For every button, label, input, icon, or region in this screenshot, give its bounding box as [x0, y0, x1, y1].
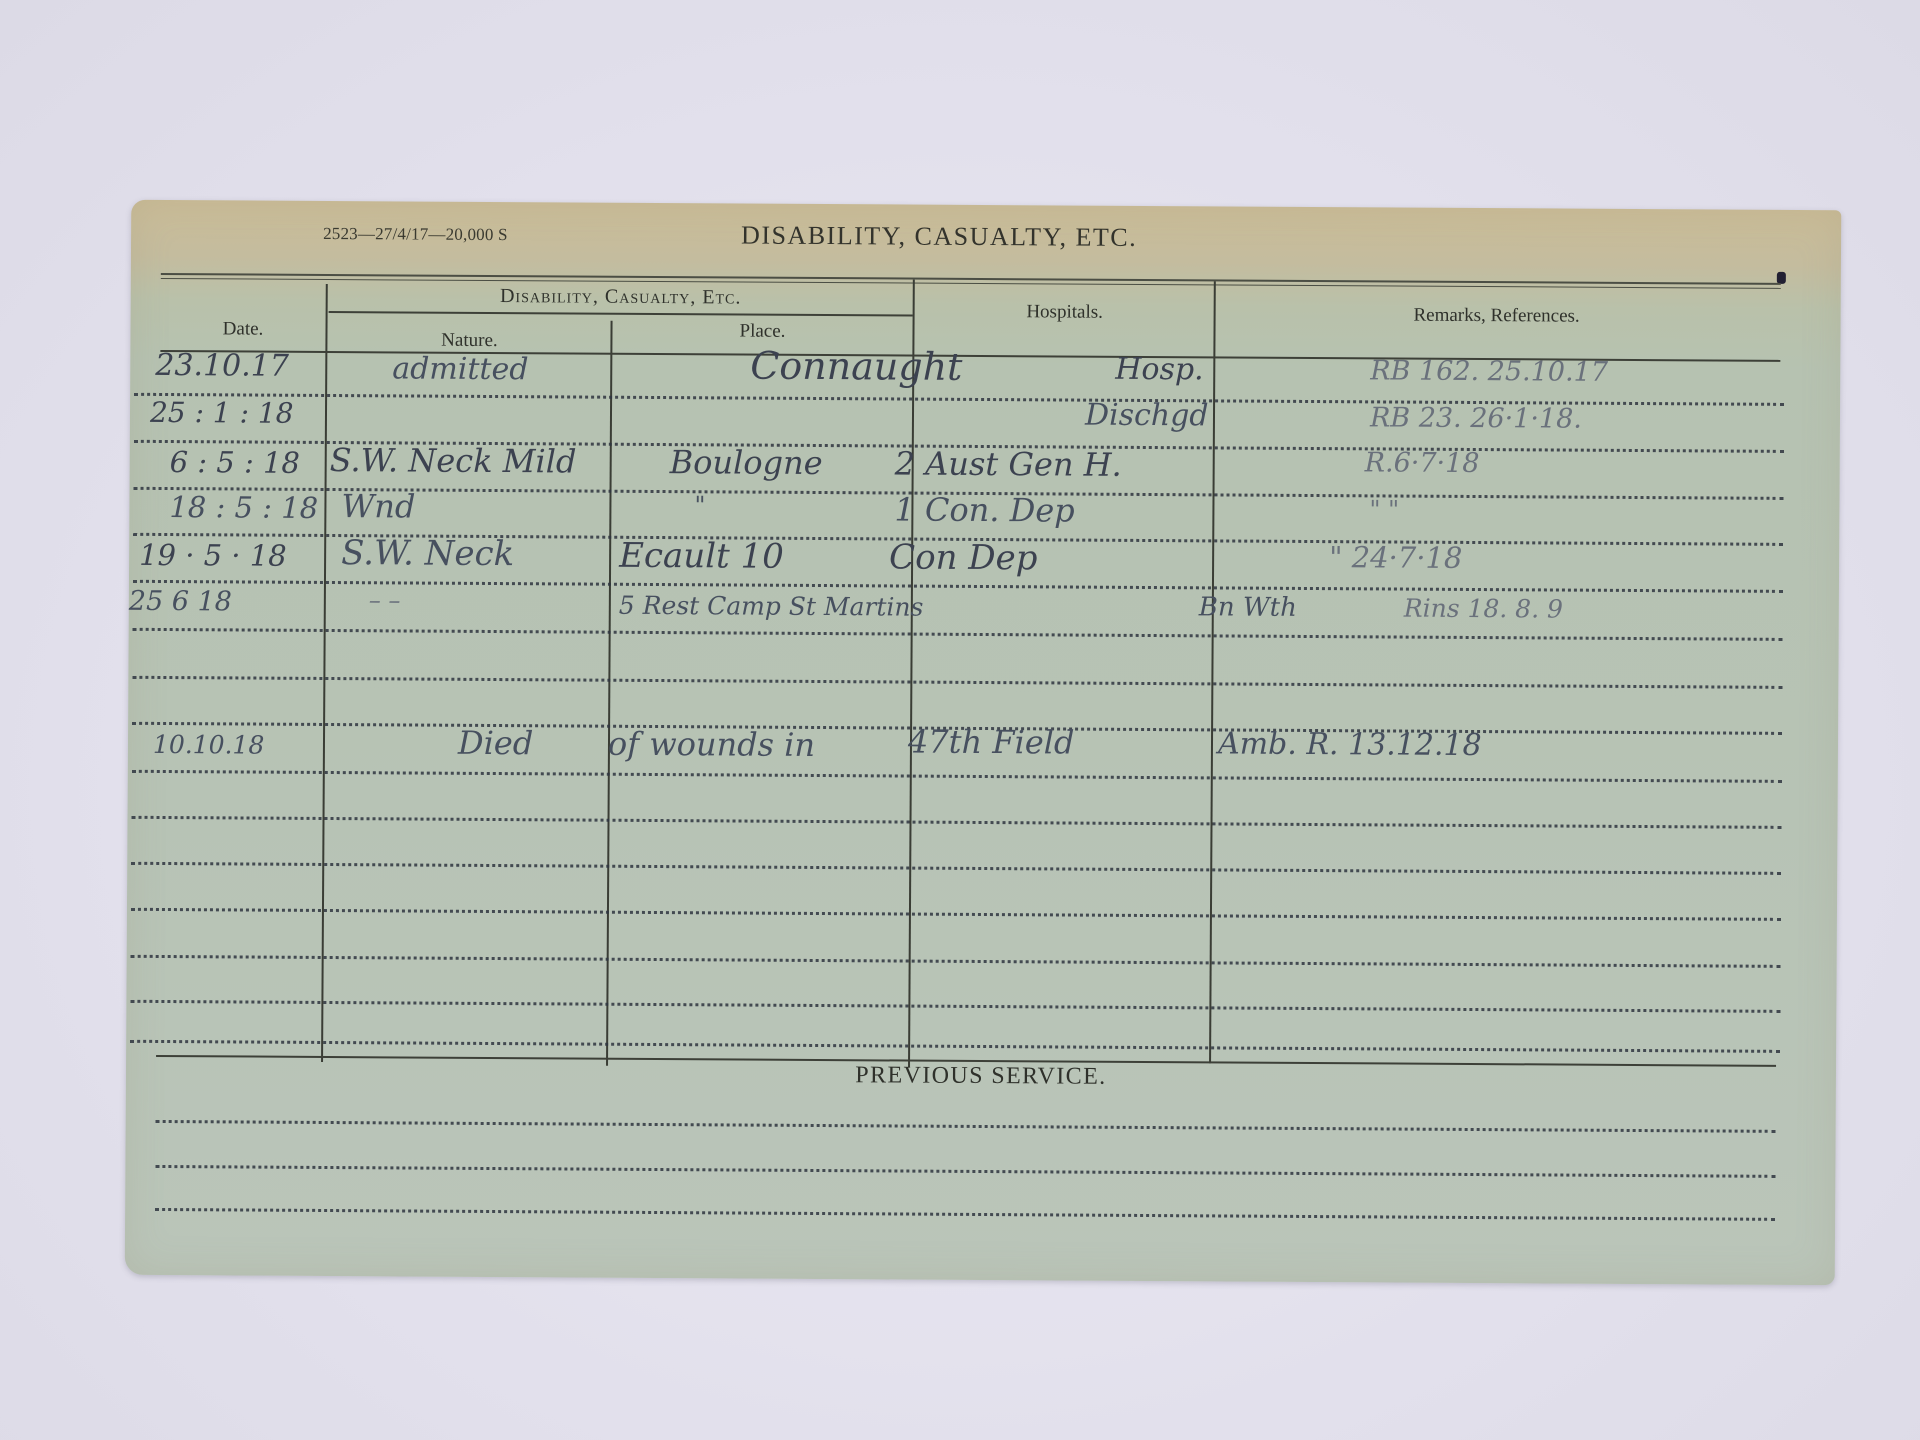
row-line-9 — [132, 770, 1782, 783]
row-line-10 — [132, 816, 1782, 829]
header-place: Place. — [612, 320, 912, 344]
row-3-date: 6 : 5 : 18 — [170, 445, 300, 480]
row-5-hospitals: Con Dep — [889, 537, 1038, 578]
row-6-hospitals: Bn Wth — [1199, 592, 1297, 623]
row-2-date: 25 : 1 : 18 — [150, 396, 294, 430]
row-4-place: " — [694, 491, 705, 519]
header-hospitals: Hospitals. — [916, 301, 1214, 325]
casualty-record-card: 2523—27/4/17—20,000 S DISABILITY, CASUAL… — [125, 200, 1842, 1285]
row-6-date: 25 6 18 — [129, 586, 232, 618]
row-1-nature: admitted — [392, 351, 528, 387]
row-line-7 — [132, 676, 1782, 689]
previous-service-line-3 — [155, 1208, 1775, 1221]
row-4-date: 18 : 5 : 18 — [169, 490, 318, 525]
row-1-place: Connaught — [750, 344, 962, 389]
column-divider-nature — [606, 321, 613, 1066]
row-9-hospitals: 47th Field — [908, 723, 1075, 762]
form-reference: 2523—27/4/17—20,000 S — [323, 224, 508, 245]
row-line-12 — [131, 908, 1781, 921]
row-line-11 — [131, 862, 1781, 875]
column-divider-date — [321, 284, 328, 1062]
header-remarks: Remarks, References. — [1217, 303, 1777, 328]
previous-service-line-1 — [156, 1120, 1776, 1133]
previous-service-line-2 — [155, 1165, 1775, 1178]
row-1-date: 23.10.17 — [155, 348, 289, 384]
row-5-nature: S.W. Neck — [341, 533, 514, 574]
header-date: Date. — [160, 318, 325, 341]
row-9-nature: Died — [458, 724, 534, 762]
row-4-hospitals: 1 Con. Dep — [894, 490, 1075, 529]
row-5-place: Ecault 10 — [619, 536, 784, 577]
row-line-14 — [130, 1000, 1780, 1013]
row-1-hospitals: Hosp. — [1115, 352, 1204, 388]
row-2-hospitals: Dischgd — [1085, 398, 1209, 434]
row-3-place: Boulogne — [670, 443, 823, 482]
row-line-13 — [131, 955, 1781, 968]
group-underline — [329, 311, 913, 317]
row-5-remarks: " 24·7·18 — [1329, 540, 1462, 575]
header-nature: Nature. — [328, 329, 610, 353]
row-5-date: 19 · 5 · 18 — [139, 538, 287, 573]
row-6-remarks: Rins 18. 8. 9 — [1404, 594, 1563, 624]
row-1-remarks: RB 162. 25.10.17 — [1370, 355, 1608, 387]
row-9-date: 10.10.18 — [153, 730, 265, 760]
card-title: DISABILITY, CASUALTY, ETC. — [741, 221, 1137, 253]
row-4-remarks: " " — [1369, 495, 1399, 523]
header-group-disability: Disability, Casualty, Etc. — [329, 284, 913, 311]
row-2-remarks: RB 23. 26·1·18. — [1370, 402, 1582, 434]
row-3-nature: S.W. Neck Mild — [330, 441, 577, 481]
row-4-nature: Wnd — [341, 487, 415, 525]
row-9-place: of wounds in — [608, 725, 815, 764]
row-6-place: 5 Rest Camp St Martins — [619, 591, 924, 622]
row-9-remarks: Amb. R. 13.12.18 — [1218, 726, 1482, 763]
row-3-hospitals: 2 Aust Gen H. — [895, 444, 1122, 483]
row-3-remarks: R.6·7·18 — [1365, 447, 1480, 479]
row-line-6 — [133, 628, 1783, 641]
row-6-nature: – – — [369, 586, 401, 614]
row-line-15 — [130, 1040, 1780, 1053]
